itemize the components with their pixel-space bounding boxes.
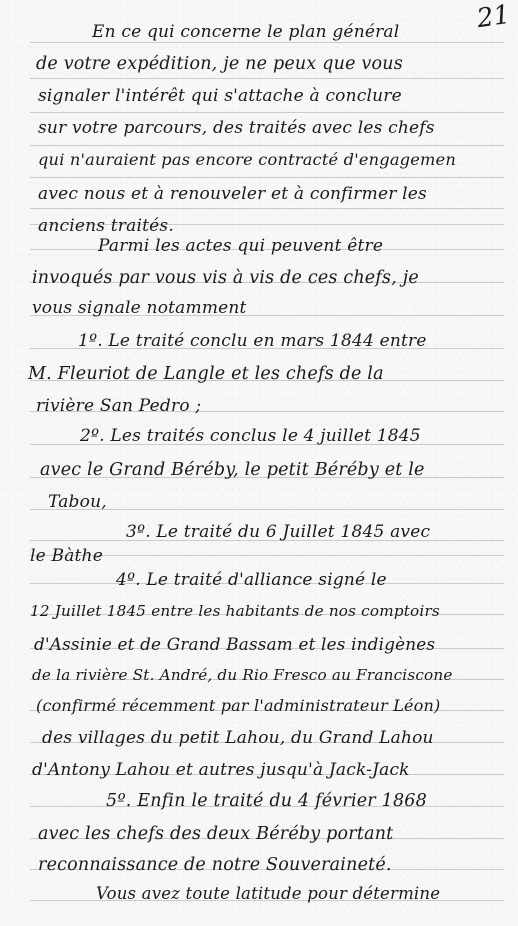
text-line: anciens traités. bbox=[38, 218, 174, 235]
manuscript-page: 21 En ce qui concerne le plan général de… bbox=[0, 0, 518, 926]
text-line: Tabou, bbox=[48, 494, 107, 511]
text-line: invoqués par vous vis à vis de ces chefs… bbox=[32, 270, 419, 288]
text-line: 5º. Enfin le traité du 4 février 1868 bbox=[106, 793, 427, 811]
text-line: de la rivière St. André, du Rio Fresco a… bbox=[32, 668, 453, 683]
ruled-line bbox=[30, 145, 504, 146]
text-line: sur votre parcours, des traités avec les… bbox=[38, 120, 435, 137]
text-line: M. Fleuriot de Langle et les chefs de la bbox=[28, 366, 384, 384]
text-line: 2º. Les traités conclus le 4 juillet 184… bbox=[80, 428, 421, 445]
text-line: avec les chefs des deux Béréby portant bbox=[38, 826, 393, 844]
text-line: avec nous et à renouveler et à confirmer… bbox=[38, 186, 427, 203]
text-line: avec le Grand Béréby, le petit Béréby et… bbox=[40, 462, 425, 480]
text-line: qui n'auraient pas encore contracté d'en… bbox=[38, 152, 456, 168]
text-line: reconnaissance de notre Souveraineté. bbox=[38, 857, 392, 875]
text-line: des villages du petit Lahou, du Grand La… bbox=[42, 730, 434, 747]
text-line: (confirmé récemment par l'administrateur… bbox=[36, 698, 441, 714]
text-line: Vous avez toute latitude pour détermine bbox=[96, 886, 440, 903]
ruled-line bbox=[30, 42, 504, 43]
text-line: le Bàthe bbox=[30, 548, 103, 565]
text-line: Parmi les actes qui peuvent être bbox=[98, 238, 383, 255]
text-line: 3º. Le traité du 6 Juillet 1845 avec bbox=[126, 524, 430, 541]
ruled-line bbox=[30, 78, 504, 79]
text-line: signaler l'intérêt qui s'attache à concl… bbox=[38, 88, 402, 105]
text-line: 4º. Le traité d'alliance signé le bbox=[116, 572, 387, 589]
text-line: En ce qui concerne le plan général bbox=[92, 24, 399, 41]
text-line: 1º. Le traité conclu en mars 1844 entre bbox=[78, 333, 427, 350]
page-number: 21 bbox=[475, 0, 512, 34]
text-line: rivière San Pedro ; bbox=[36, 398, 201, 415]
text-line: d'Assinie et de Grand Bassam et les indi… bbox=[34, 636, 435, 653]
ruled-line bbox=[30, 112, 504, 113]
text-line: de votre expédition, je ne peux que vous bbox=[36, 56, 403, 74]
text-line: 12 Juillet 1845 entre les habitants de n… bbox=[30, 604, 440, 619]
ruled-line bbox=[30, 208, 504, 209]
text-line: d'Antony Lahou et autres jusqu'à Jack-Ja… bbox=[32, 762, 410, 779]
text-line: vous signale notamment bbox=[32, 300, 247, 317]
ruled-line bbox=[30, 177, 504, 178]
